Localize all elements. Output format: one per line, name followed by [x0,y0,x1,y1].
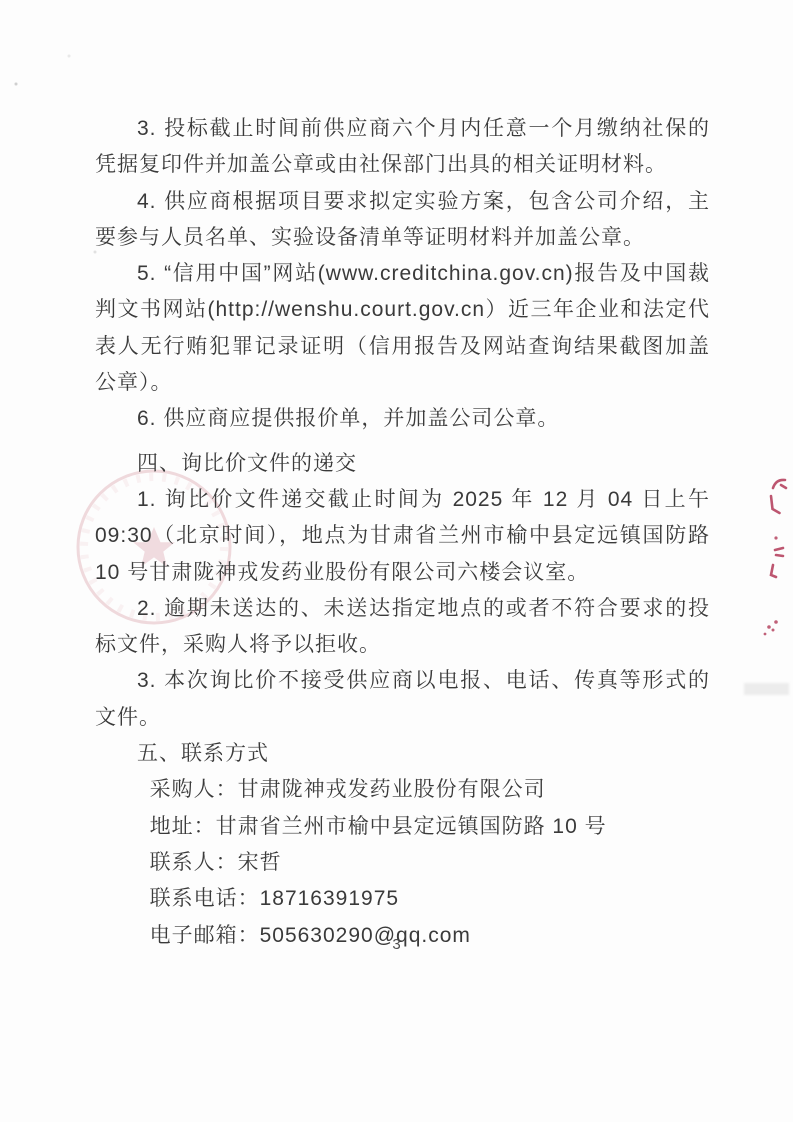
paragraph-s4-item-2-rejection: 2. 逾期未送达的、未送达指定地点的或者不符合要求的投标文件，采购人将予以拒收。 [95,591,710,664]
page-number: 3 [0,936,793,953]
document-body: 3. 投标截止时间前供应商六个月内任意一个月缴纳社保的凭据复印件并加盖公章或由社… [95,111,710,954]
paragraph-item-5-credit-websites: 5. “信用中国”网站(www.creditchina.gov.cn)报告及中国… [95,256,710,401]
contact-line-address: 地址：甘肃省兰州市榆中县定远镇国防路 10 号 [95,809,710,845]
contact-line-phone: 联系电话：18716391975 [95,881,710,917]
paragraph-s4-item-1-deadline-location: 1. 询比价文件递交截止时间为 2025 年 12 月 04 日上午 09:30… [95,482,710,591]
red-ink-margin-marks-icon [745,455,793,705]
paragraph-item-3-social-security: 3. 投标截止时间前供应商六个月内任意一个月缴纳社保的凭据复印件并加盖公章或由社… [95,111,710,184]
contact-line-purchaser: 采购人：甘肃陇神戎发药业股份有限公司 [95,772,710,808]
section-heading-4-document-submission: 四、询比价文件的递交 [95,446,710,482]
scanned-document-page: 3. 投标截止时间前供应商六个月内任意一个月缴纳社保的凭据复印件并加盖公章或由社… [0,0,793,1122]
section-heading-5-contact-info: 五、联系方式 [95,736,710,772]
scan-smudge [744,683,789,695]
paragraph-item-4-experiment-plan: 4. 供应商根据项目要求拟定实验方案，包含公司介绍，主要参与人员名单、实验设备清… [95,184,710,257]
paragraph-s4-item-3-no-telegram-phone-fax: 3. 本次询比价不接受供应商以电报、电话、传真等形式的文件。 [95,663,710,736]
paragraph-item-6-quotation: 6. 供应商应提供报价单，并加盖公司公章。 [95,401,710,437]
contact-line-contact-person: 联系人：宋哲 [95,845,710,881]
